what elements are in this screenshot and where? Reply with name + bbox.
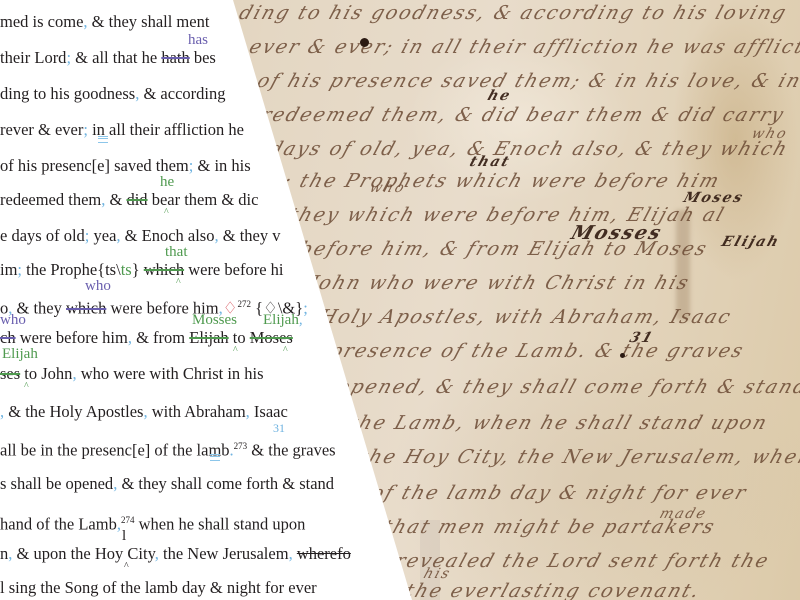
ink-dot: [620, 353, 625, 358]
insertion-who-left: who: [0, 312, 26, 328]
manuscript-line-2: ever & ever; in all their affliction he …: [246, 36, 800, 58]
caret-mark: ^: [176, 278, 181, 288]
double-underline-mark: [98, 136, 108, 143]
struck-word: Elijah: [189, 328, 228, 347]
insertion-he: he: [160, 174, 174, 190]
insertion-has: has: [188, 32, 208, 48]
struck-word: hath: [161, 48, 189, 67]
insertion-who: who: [85, 278, 111, 294]
manuscript-line-9: John who were with Christ in his: [306, 272, 693, 294]
caret-mark: ^: [124, 562, 129, 572]
transcript-line-8: im; the Prophe{ts\ts} which were before …: [0, 260, 283, 280]
manuscript-line-5: days of old, yea, & Enoch also, & they w…: [266, 138, 791, 160]
footnote-ref-272[interactable]: 272: [238, 299, 252, 309]
caret-mark: ^: [164, 208, 169, 218]
ms-annotation-elijah: Elijah: [719, 234, 782, 250]
ms-annotation-his: his: [421, 566, 453, 582]
transcript-line-13: all be in the presenc[e] of the lamb.273…: [0, 436, 336, 461]
transcript-line-6: redeemed them, & did bear them & dic: [0, 190, 258, 210]
ms-annotation-that: that: [467, 154, 512, 170]
transcript-line-17: l sing the Song of the lamb day & night …: [0, 578, 317, 598]
footnote-ref-273[interactable]: 273: [234, 441, 248, 451]
ms-annotation-who: who: [749, 126, 790, 142]
transcript-line-4: rever & ever; in all their affliction he: [0, 120, 244, 140]
transcript-line-9: o, & they which were before him,♢272 {♢\…: [0, 294, 308, 319]
manuscript-line-1: ding to his goodness, & according to his…: [236, 2, 790, 24]
ms-annotation-who-2: who: [367, 180, 408, 196]
caret-mark: ^: [233, 346, 238, 356]
ms-annotation-he: he: [485, 88, 513, 104]
ms-annotation-mosses: Mosses: [568, 222, 665, 244]
insertion-elijah-left: Elijah: [2, 346, 38, 362]
transcript-line-5: of his presenc[e] saved them; & in his: [0, 156, 251, 176]
transcript-line-2: their Lord; & all that he hath bes: [0, 48, 216, 68]
transcript-line-10: ch were before him, & from Elijah to Mos…: [0, 328, 293, 348]
ms-annotation-moses: Moses: [681, 190, 746, 206]
struck-word: which: [66, 299, 106, 318]
manuscript-line-14: the Hoy City, the New Jerusalem, wherefo: [356, 446, 800, 468]
transcript-line-14: s shall be opened, & they shall come for…: [0, 474, 334, 494]
manuscript-line-13: the Lamb, when he shall stand upon: [346, 412, 771, 434]
caret-mark: ^: [283, 346, 288, 356]
manuscript-line-4: redeemed them, & did bear them & did car…: [258, 104, 787, 126]
manuscript-line-3: of his presence saved them; & in his lov…: [254, 70, 800, 92]
transcript-line-16: n, & upon the Hoy City, the New Jerusale…: [0, 544, 351, 564]
transcript-line-7: e days of old; yea, & Enoch also, & they…: [0, 226, 280, 246]
ms-annotation-made: made: [657, 506, 709, 522]
double-underline-mark: [210, 454, 220, 461]
manuscript-line-12: opened, & they shall come forth & stand: [334, 376, 800, 398]
ink-stain: [676, 210, 690, 320]
insertion-that: that: [165, 244, 188, 260]
struck-word: did: [126, 190, 147, 209]
transcript-line-1: med is come, & they shall ment: [0, 12, 209, 32]
manuscript-line-11: presence of the Lamb. & the graves: [326, 340, 747, 362]
ink-blot: [360, 38, 369, 47]
manuscript-line-15: of the lamb day & night for ever: [368, 482, 750, 504]
manuscript-line-10: Holy Apostles, with Abraham, Isaac: [316, 306, 735, 328]
insertion-l: l: [122, 528, 126, 544]
insertion-mosses: Mosses: [192, 312, 237, 328]
transcript-line-3: ding to his goodness, & according: [0, 84, 225, 104]
manuscript-line-18: the everlasting covenant.: [402, 580, 703, 600]
transcript-line-15: hand of the Lamb,274 when he shall stand…: [0, 510, 305, 535]
footnote-ref-274[interactable]: 274: [121, 515, 135, 525]
insertion-31: 31: [273, 420, 285, 436]
transcript-line-12: , & the Holy Apostles, with Abraham, Isa…: [0, 402, 288, 422]
manuscript-line-6: ; the Prophets which were before him: [280, 170, 723, 192]
struck-word: wherefo: [297, 544, 351, 563]
caret-mark: ^: [24, 382, 29, 392]
insertion-elijah: Elijah,: [263, 312, 303, 328]
transcript-line-11: ses to John, who were with Christ in his: [0, 364, 264, 384]
